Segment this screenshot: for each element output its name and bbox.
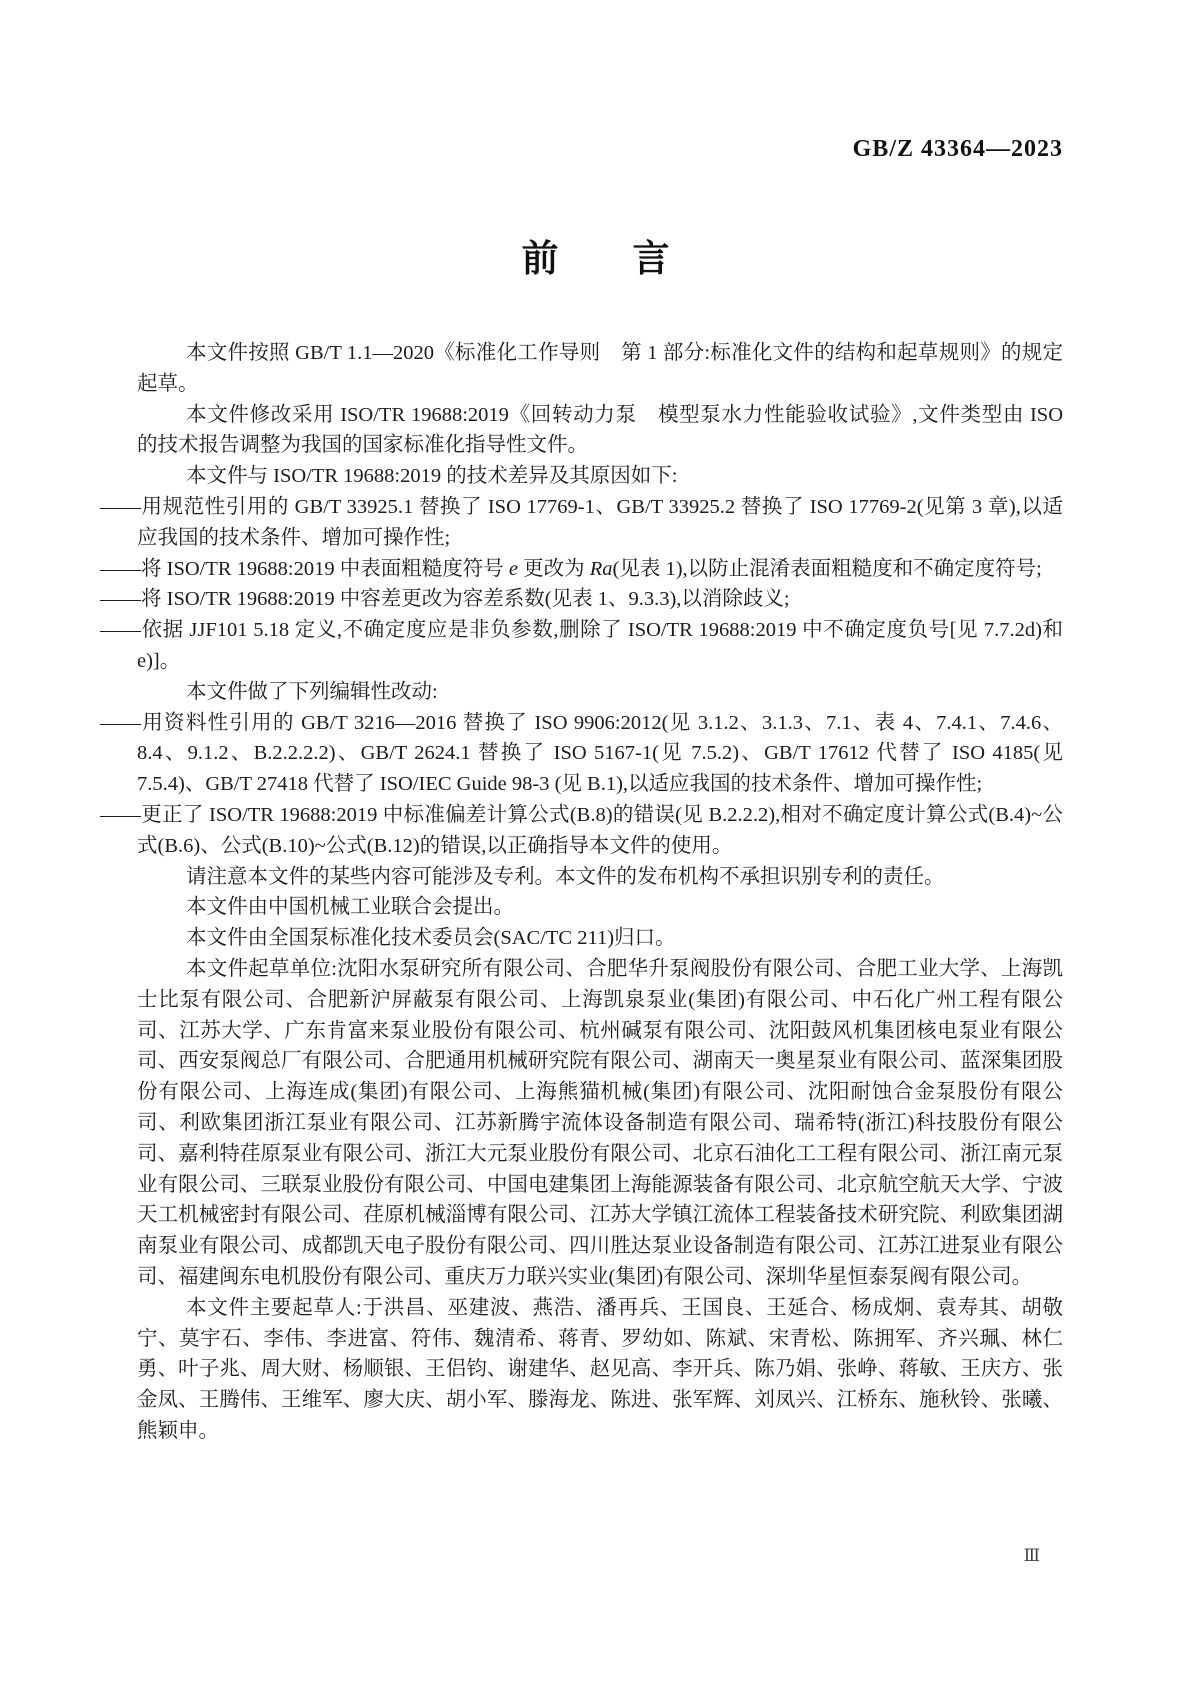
dash-list-item: ——将 ISO/TR 19688:2019 中容差更改为容差系数(见表 1、9.…	[137, 584, 1063, 615]
paragraph: 本文件由中国机械工业联合会提出。	[137, 892, 1063, 923]
paragraph: 本文件起草单位:沈阳水泵研究所有限公司、合肥华升泵阀股份有限公司、合肥工业大学、…	[137, 954, 1063, 1293]
paragraph: 本文件主要起草人:于洪昌、巫建波、燕浩、潘再兵、王国良、王延合、杨成炯、袁寿其、…	[137, 1293, 1063, 1447]
paragraph: 本文件做了下列编辑性改动:	[137, 677, 1063, 708]
paragraph: 本文件由全国泵标准化技术委员会(SAC/TC 211)归口。	[137, 923, 1063, 954]
paragraph: 请注意本文件的某些内容可能涉及专利。本文件的发布机构不承担识别专利的责任。	[137, 862, 1063, 893]
paragraph: 本文件修改采用 ISO/TR 19688:2019《回转动力泵 模型泵水力性能验…	[137, 400, 1063, 462]
page-number: Ⅲ	[1024, 1546, 1040, 1566]
dash-list-item: ——更正了 ISO/TR 19688:2019 中标准偏差计算公式(B.8)的错…	[137, 800, 1063, 862]
dash-list-item: ——依据 JJF101 5.18 定义,不确定度应是非负参数,删除了 ISO/T…	[137, 615, 1063, 677]
dash-list-item: ——用规范性引用的 GB/T 33925.1 替换了 ISO 17769-1、G…	[137, 492, 1063, 554]
paragraph: 本文件按照 GB/T 1.1—2020《标准化工作导则 第 1 部分:标准化文件…	[137, 338, 1063, 400]
paragraph: 本文件与 ISO/TR 19688:2019 的技术差异及其原因如下:	[137, 461, 1063, 492]
document-page: GB/Z 43364—2023 前 言 本文件按照 GB/T 1.1—2020《…	[0, 0, 1191, 1685]
dash-list-item: ——将 ISO/TR 19688:2019 中表面粗糙度符号 e 更改为 Ra(…	[137, 554, 1063, 585]
foreword-title: 前 言	[0, 228, 1191, 282]
foreword-body: 本文件按照 GB/T 1.1—2020《标准化工作导则 第 1 部分:标准化文件…	[137, 338, 1063, 1447]
standard-code: GB/Z 43364—2023	[853, 136, 1063, 163]
dash-list-item: ——用资料性引用的 GB/T 3216—2016 替换了 ISO 9906:20…	[137, 708, 1063, 800]
